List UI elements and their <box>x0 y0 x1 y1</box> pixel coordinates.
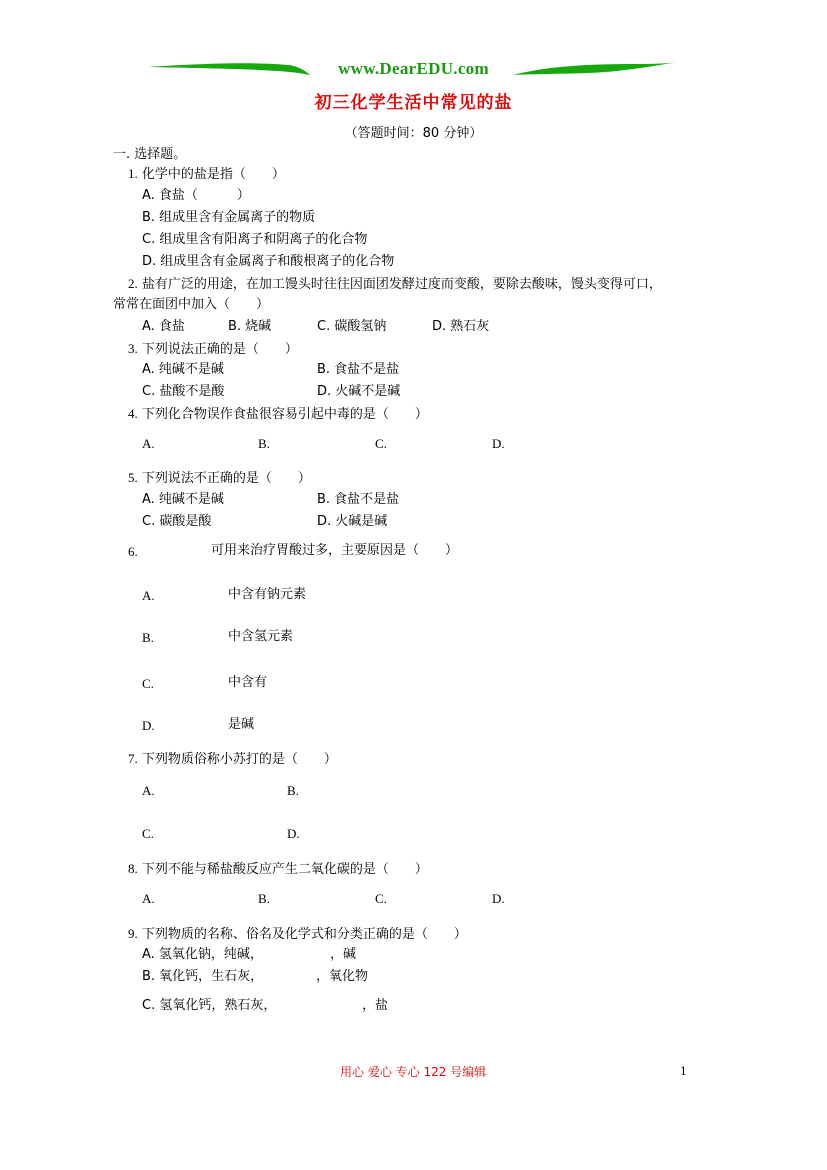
question-7: 7. 下列物质俗称小苏打的是（ ） <box>128 751 337 768</box>
question-9: 9. 下列物质的名称、俗名及化学式和分类正确的是（ ） <box>128 926 467 943</box>
option-c: C. 碳酸是酸 <box>142 514 211 530</box>
option-b: B. 食盐不是盐 <box>317 362 399 378</box>
option-a-tail: ，碱 <box>330 947 356 963</box>
option-c-tail: ，盐 <box>362 998 388 1014</box>
option-d: D. <box>492 436 505 452</box>
option-d-text: 是碱 <box>228 717 254 733</box>
question-2: 2. 盐有广泛的用途，在加工馒头时往往因面团发酵过度而变酸，要除去酸味，馒头变得… <box>128 276 662 293</box>
option-d-label: D. <box>142 718 155 734</box>
question-1: 1. 化学中的盐是指（ ） <box>128 166 285 183</box>
option-c: C. <box>142 826 154 842</box>
question-number: 8. <box>128 861 138 876</box>
question-number: 6. <box>128 544 138 560</box>
question-4: 4. 下列化合物误作食盐很容易引起中毒的是（ ） <box>128 406 428 423</box>
question-number: 2. <box>128 276 138 291</box>
option-b-tail: ，氧化物 <box>316 969 368 985</box>
option-d: D. 组成里含有金属离子和酸根离子的化合物 <box>142 254 394 270</box>
footer-text: 用心 爱心 专心 122 号编辑 <box>340 1063 486 1080</box>
option-a: A. 食盐 <box>142 319 185 335</box>
option-d: D. 火碱不是碱 <box>317 384 400 400</box>
option-c: C. <box>375 436 387 452</box>
question-3: 3. 下列说法正确的是（ ） <box>128 341 298 358</box>
option-b: B. 食盐不是盐 <box>317 492 399 508</box>
option-b: B. 组成里含有金属离子的物质 <box>142 210 315 226</box>
question-stem: 下列物质的名称、俗名及化学式和分类正确的是（ ） <box>142 927 467 942</box>
option-d: D. 熟石灰 <box>432 319 489 335</box>
option-a: A. 纯碱不是碱 <box>142 492 224 508</box>
document-title: 初三化学生活中常见的盐 <box>0 88 827 113</box>
question-stem: 下列不能与稀盐酸反应产生二氧化碳的是（ ） <box>142 862 428 877</box>
option-c: C. 碳酸氢钠 <box>317 319 386 335</box>
question-number: 4. <box>128 406 138 421</box>
question-stem: 可用来治疗胃酸过多，主要原因是（ ） <box>211 543 458 559</box>
option-b: B. 烧碱 <box>228 319 271 335</box>
question-number: 1. <box>128 166 138 181</box>
option-c-label: C. <box>142 676 154 692</box>
question-stem: 下列物质俗称小苏打的是（ ） <box>142 752 337 767</box>
question-number: 9. <box>128 926 138 941</box>
question-stem: 下列说法不正确的是（ ） <box>142 471 311 486</box>
option-c: C. 组成里含有阳离子和阴离子的化合物 <box>142 232 367 248</box>
option-c: C. 氢氧化钙，熟石灰， <box>142 998 276 1014</box>
question-stem: 下列化合物误作食盐很容易引起中毒的是（ ） <box>142 407 428 422</box>
option-d: D. <box>287 826 300 842</box>
site-logo[interactable]: www.DearEDU.com <box>0 59 827 79</box>
question-number: 5. <box>128 470 138 485</box>
option-a: A. 纯碱不是碱 <box>142 362 224 378</box>
question-stem: 化学中的盐是指（ ） <box>142 167 285 182</box>
option-d: D. 火碱是碱 <box>317 514 387 530</box>
option-c: C. 盐酸不是酸 <box>142 384 224 400</box>
question-5: 5. 下列说法不正确的是（ ） <box>128 470 311 487</box>
option-a: A. <box>142 891 155 907</box>
question-stem-continued: 常常在面团中加入（ ） <box>113 297 269 313</box>
option-b: B. 氧化钙，生石灰， <box>142 969 263 985</box>
option-c-text: 中含有 <box>228 675 267 691</box>
question-stem: 盐有广泛的用途，在加工馒头时往往因面团发酵过度而变酸，要除去酸味，馒头变得可口， <box>142 277 662 292</box>
option-d: D. <box>492 891 505 907</box>
option-b: B. <box>258 891 270 907</box>
option-a: A. 氢氧化钠，纯碱， <box>142 947 263 963</box>
option-a: A. <box>142 436 155 452</box>
question-8: 8. 下列不能与稀盐酸反应产生二氧化碳的是（ ） <box>128 861 428 878</box>
option-b-label: B. <box>142 630 154 646</box>
section-heading: 一. 选择题。 <box>113 147 186 163</box>
option-a-label: A. <box>142 588 155 604</box>
option-b: B. <box>258 436 270 452</box>
option-a: A. 食盐（ ） <box>142 188 250 204</box>
option-b: B. <box>287 783 299 799</box>
option-c: C. <box>375 891 387 907</box>
question-number: 3. <box>128 341 138 356</box>
option-b-text: 中含氢元素 <box>228 629 293 645</box>
option-a: A. <box>142 783 155 799</box>
question-stem: 下列说法正确的是（ ） <box>142 342 298 357</box>
question-number: 7. <box>128 751 138 766</box>
page-number: 1 <box>680 1063 687 1079</box>
time-limit: （答题时间：80 分钟） <box>0 122 827 141</box>
option-a-text: 中含有钠元素 <box>228 587 306 603</box>
